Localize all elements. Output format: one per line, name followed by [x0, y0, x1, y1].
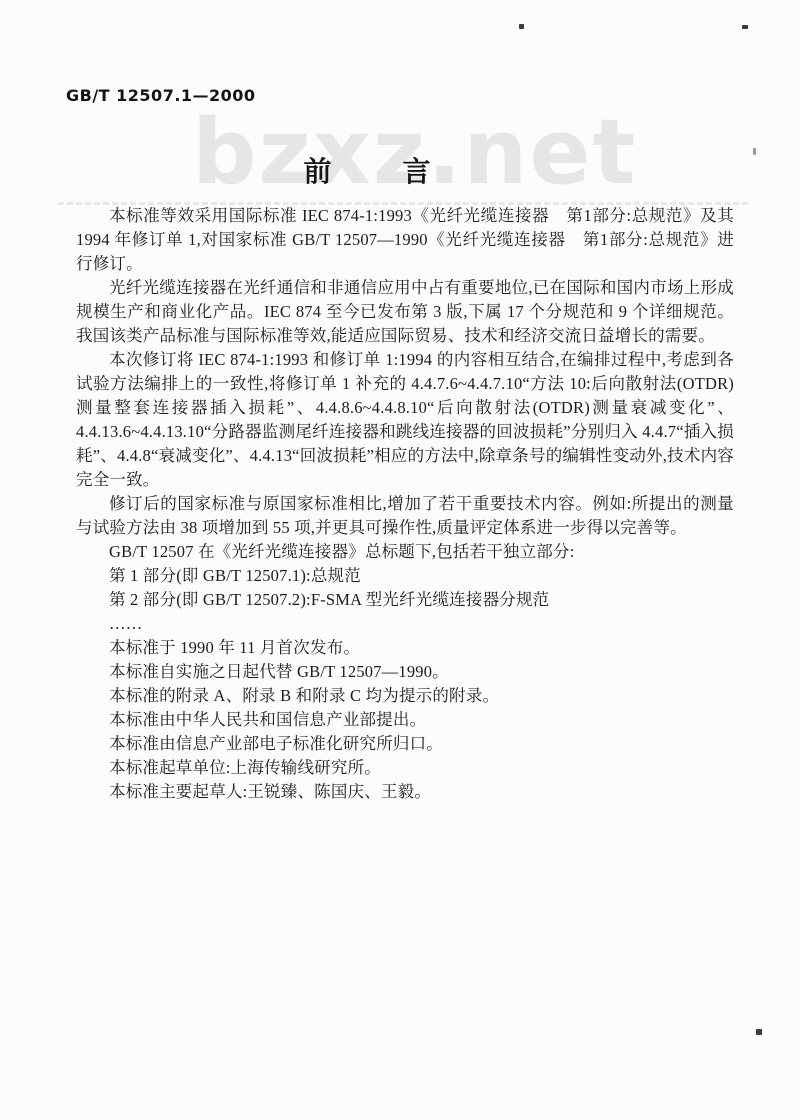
- foreword-statement: 本标准自实施之日起代替 GB/T 12507—1990。: [76, 660, 734, 684]
- foreword-body: 本标准等效采用国际标准 IEC 874-1:1993《光纤光缆连接器 第1部分:…: [76, 204, 734, 804]
- foreword-title: 前 言: [0, 150, 734, 190]
- scan-speck: [742, 25, 748, 29]
- foreword-paragraph: 光纤光缆连接器在光纤通信和非通信应用中占有重要地位,已在国际和国内市场上形成规模…: [76, 276, 734, 348]
- foreword-statement: 本标准由中华人民共和国信息产业部提出。: [76, 708, 734, 732]
- foreword-statement: 本标准的附录 A、附录 B 和附录 C 均为提示的附录。: [76, 684, 734, 708]
- scan-speck: [753, 148, 756, 155]
- foreword-paragraph: GB/T 12507 在《光纤光缆连接器》总标题下,包括若干独立部分:: [76, 540, 734, 564]
- document-page: bzxz.net GB/T 12507.1—2000 前 言 本标准等效采用国际…: [0, 0, 800, 1120]
- foreword-ellipsis-line: ……: [76, 612, 734, 636]
- foreword-part-line: 第 2 部分(即 GB/T 12507.2):F-SMA 型光纤光缆连接器分规范: [76, 588, 734, 612]
- foreword-statement: 本标准由信息产业部电子标准化研究所归口。: [76, 732, 734, 756]
- scan-speck: [756, 1029, 762, 1035]
- foreword-title-char-2: 言: [403, 157, 431, 188]
- standard-code: GB/T 12507.1—2000: [66, 86, 256, 105]
- foreword-paragraph: 本次修订将 IEC 874-1:1993 和修订单 1:1994 的内容相互结合…: [76, 348, 734, 492]
- foreword-title-char-1: 前: [303, 157, 331, 188]
- foreword-statement: 本标准主要起草人:王锐臻、陈国庆、王毅。: [76, 780, 734, 804]
- foreword-part-line: 第 1 部分(即 GB/T 12507.1):总规范: [76, 564, 734, 588]
- foreword-statement: 本标准于 1990 年 11 月首次发布。: [76, 636, 734, 660]
- foreword-paragraph: 修订后的国家标准与原国家标准相比,增加了若干重要技术内容。例如:所提出的测量与试…: [76, 492, 734, 540]
- foreword-statement: 本标准起草单位:上海传输线研究所。: [76, 756, 734, 780]
- scan-speck: [519, 24, 524, 29]
- foreword-paragraph: 本标准等效采用国际标准 IEC 874-1:1993《光纤光缆连接器 第1部分:…: [76, 204, 734, 276]
